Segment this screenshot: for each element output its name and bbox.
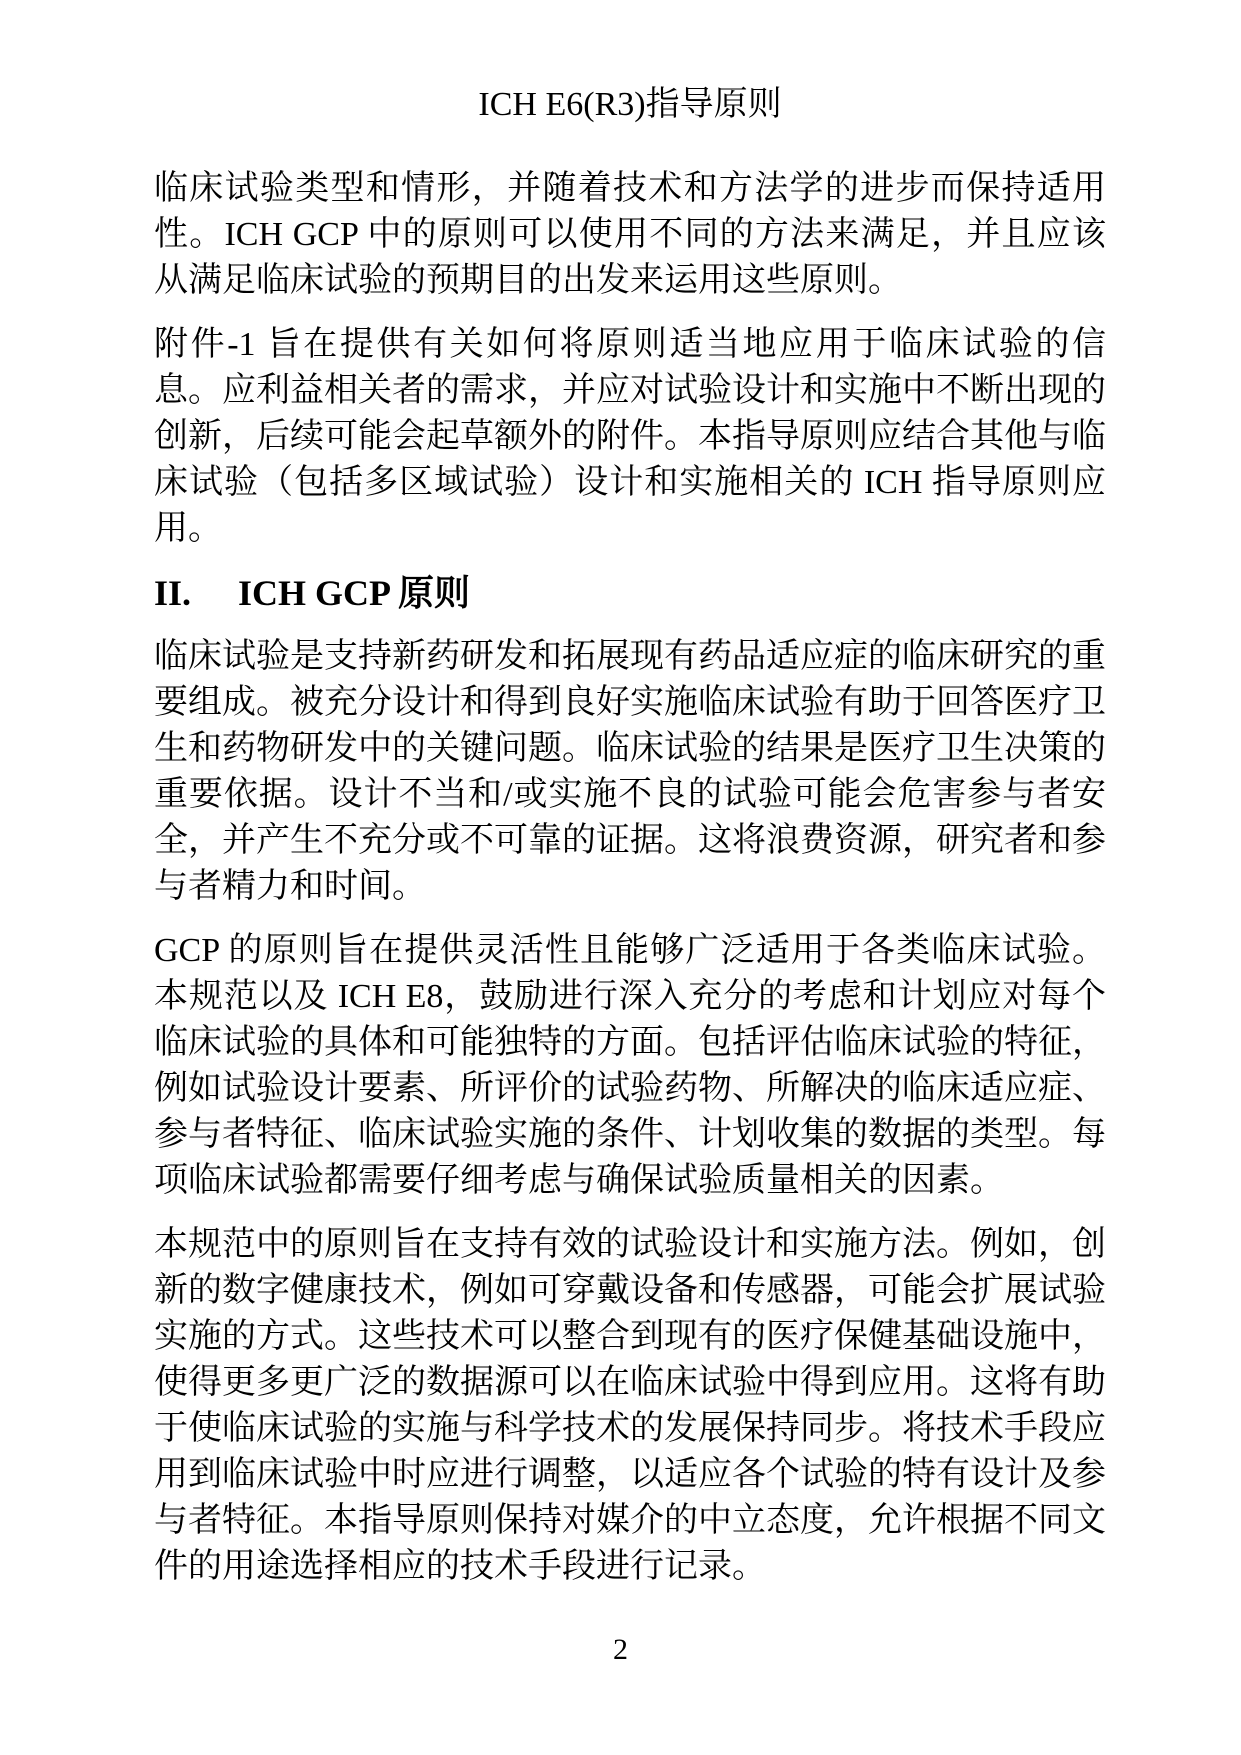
paragraph: 本规范中的原则旨在支持有效的试验设计和实施方法。例如，创新的数字健康技术，例如可… [154, 1222, 1106, 1590]
section-title: ICH GCP 原则 [238, 573, 470, 613]
paragraph: 附件-1 旨在提供有关如何将原则适当地应用于临床试验的信息。应利益相关者的需求，… [154, 322, 1106, 552]
paragraph: 临床试验类型和情形，并随着技术和方法学的进步而保持适用性。ICH GCP 中的原… [154, 166, 1106, 304]
page-number: 2 [0, 1633, 1241, 1667]
paragraph: 临床试验是支持新药研发和拓展现有药品适应症的临床研究的重要组成。被充分设计和得到… [154, 634, 1106, 910]
document-page: ICH E6(R3)指导原则 临床试验类型和情形，并随着技术和方法学的进步而保持… [0, 0, 1241, 1755]
paragraph: GCP 的原则旨在提供灵活性且能够广泛适用于各类临床试验。本规范以及 ICH E… [154, 928, 1106, 1204]
section-number: II. [154, 570, 238, 616]
section-heading: II.ICH GCP 原则 [154, 570, 1106, 616]
page-content: ICH E6(R3)指导原则 临床试验类型和情形，并随着技术和方法学的进步而保持… [154, 82, 1106, 1608]
running-header: ICH E6(R3)指导原则 [154, 82, 1106, 128]
